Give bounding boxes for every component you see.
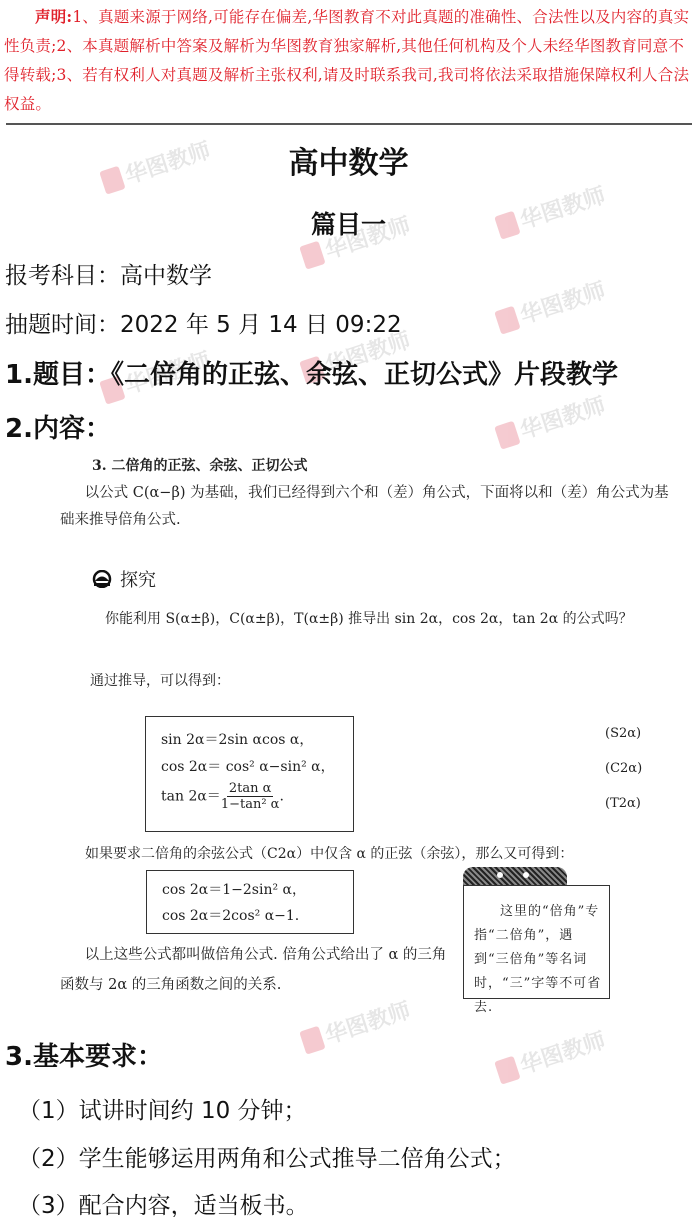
explore-question: 你能利用 S(α±β)，C(α±β)，T(α±β) 推导出 sin 2α，cos… [105, 608, 633, 628]
formula-label: (C2α) [605, 761, 642, 776]
page-subtitle: 篇目一 [0, 205, 697, 241]
exam-subject: 报考科目：高中数学 [5, 257, 212, 290]
formula-cos-alt: cos 2α＝2cos² α−1. [162, 903, 353, 929]
formula-cos: cos 2α＝ cos² α−sin² α， [161, 754, 353, 781]
watermark: 华图教师 [298, 993, 414, 1057]
watermark: 华图教师 [493, 388, 609, 452]
watermark-logo-icon [299, 240, 325, 269]
watermark: 华图教师 [493, 273, 609, 337]
watermark-logo-icon [494, 305, 520, 334]
derive-text: 通过推导，可以得到： [90, 670, 230, 690]
requirements-heading: 3.基本要求： [5, 1036, 163, 1073]
explore-icon [92, 570, 112, 588]
formula-sin: sin 2α＝2sin αcos α， [161, 727, 353, 754]
textbook-section-title: 3. 二倍角的正弦、余弦、正切公式 [92, 455, 308, 475]
divider [6, 123, 692, 125]
disclaimer: 声明:1、真题来源于网络,可能存在偏差,华图教育不对此真题的准确性、合法性以及内… [4, 2, 694, 119]
watermark: 华图教师 [493, 1023, 609, 1087]
side-note: 这里的“倍角”专指“二倍角”，遇到“三倍角”等名词时，“三”字等不可省去. [463, 885, 610, 999]
formula-tan: tan 2α＝2tan α1−tan² α. [161, 781, 353, 812]
draw-time: 抽题时间：2022 年 5 月 14 日 09:22 [5, 306, 402, 339]
formula-label: (T2α) [605, 796, 641, 811]
watermark-logo-icon [494, 420, 520, 449]
textbook-paragraph: 如果要求二倍角的余弦公式（C2α）中仅含 α 的正弦（余弦），那么又可得到： [85, 843, 573, 863]
topic-heading: 1.题目：《二倍角的正弦、余弦、正切公式》片段教学 [5, 354, 618, 391]
requirement-item: （2）学生能够运用两角和公式推导二倍角公式； [18, 1140, 516, 1173]
requirement-item: （3）配合内容，适当板书。 [18, 1187, 309, 1217]
formula-label: (S2α) [605, 726, 641, 741]
watermark-logo-icon [299, 1025, 325, 1054]
textbook-paragraph: 以上这些公式都叫做倍角公式. 倍角公式给出了 α 的三角函数与 2α 的三角函数… [60, 940, 460, 1000]
requirement-item: （1）试讲时间约 10 分钟； [18, 1092, 307, 1125]
page-title: 高中数学 [0, 138, 697, 182]
watermark-logo-icon [494, 1055, 520, 1084]
textbook-paragraph: 以公式 C(α−β) 为基础，我们已经得到六个和（差）角公式，下面将以和（差）角… [60, 480, 675, 534]
formula-cos-alt: cos 2α＝1−2sin² α， [162, 877, 353, 903]
content-heading: 2.内容： [5, 408, 111, 445]
note-tab-icon [463, 867, 567, 887]
explore-label: 探究 [92, 566, 156, 592]
formula-box-2: cos 2α＝1−2sin² α， cos 2α＝2cos² α−1. [146, 870, 354, 934]
fraction: 2tan α1−tan² α [221, 781, 280, 812]
formula-box: sin 2α＝2sin αcos α， cos 2α＝ cos² α−sin² … [145, 716, 354, 832]
